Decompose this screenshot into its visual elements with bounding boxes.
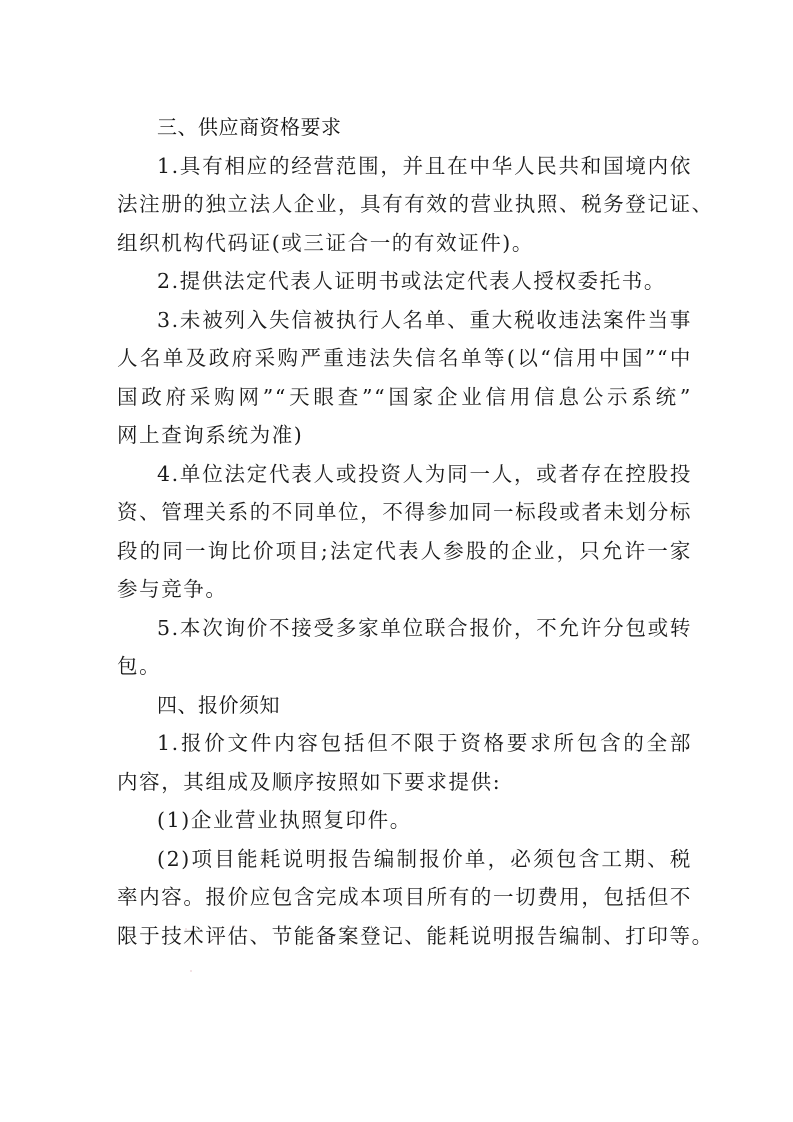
- paragraph-line: 资、管理关系的不同单位，不得参加同一标段或者未划分标: [117, 493, 692, 532]
- quotation-item-1: 1.报价文件内容包括但不限于资格要求所包含的全部 内容，其组成及顺序按照如下要求…: [117, 724, 692, 801]
- paragraph-line: 1.报价文件内容包括但不限于资格要求所包含的全部: [117, 724, 692, 763]
- scan-speck: [297, 944, 299, 946]
- paragraph-line: (1)企业营业执照复印件。: [117, 801, 692, 840]
- requirement-5: 5.本次询价不接受多家单位联合报价，不允许分包或转 包。: [117, 609, 692, 686]
- paragraph-line: 限于技术评估、节能备案登记、能耗说明报告编制、打印等。: [117, 917, 692, 956]
- scan-speck: [233, 925, 235, 927]
- document-page: 三、供应商资格要求 1.具有相应的经营范围，并且在中华人民共和国境内依 法注册的…: [117, 108, 692, 955]
- paragraph-line: 率内容。报价应包含完成本项目所有的一切费用，包括但不: [117, 878, 692, 917]
- paragraph-line: 人名单及政府采购严重违法失信名单等(以“信用中国”“中: [117, 339, 692, 378]
- paragraph-line: 2.提供法定代表人证明书或法定代表人授权委托书。: [117, 262, 692, 301]
- quotation-subitem-2: (2)项目能耗说明报告编制报价单，必须包含工期、税 率内容。报价应包含完成本项目…: [117, 840, 692, 956]
- paragraph-line: 包。: [117, 647, 692, 686]
- quotation-subitem-1: (1)企业营业执照复印件。: [117, 801, 692, 840]
- requirement-1: 1.具有相应的经营范围，并且在中华人民共和国境内依 法注册的独立法人企业，具有有…: [117, 147, 692, 263]
- section-heading-supplier-qualifications: 三、供应商资格要求: [117, 108, 692, 147]
- paragraph-line: 3.未被列入失信被执行人名单、重大税收违法案件当事: [117, 301, 692, 340]
- paragraph-line: 内容，其组成及顺序按照如下要求提供:: [117, 763, 692, 802]
- paragraph-line: 1.具有相应的经营范围，并且在中华人民共和国境内依: [117, 147, 692, 186]
- paragraph-line: 组织机构代码证(或三证合一的有效证件)。: [117, 224, 692, 263]
- requirement-4: 4.单位法定代表人或投资人为同一人，或者存在控股投 资、管理关系的不同单位，不得…: [117, 455, 692, 609]
- paragraph-line: 参与竞争。: [117, 570, 692, 609]
- scan-speck: [210, 940, 212, 942]
- paragraph-line: 5.本次询价不接受多家单位联合报价，不允许分包或转: [117, 609, 692, 648]
- paragraph-line: (2)项目能耗说明报告编制报价单，必须包含工期、税: [117, 840, 692, 879]
- paragraph-line: 段的同一询比价项目;法定代表人参股的企业，只允许一家: [117, 532, 692, 571]
- paragraph-line: 4.单位法定代表人或投资人为同一人，或者存在控股投: [117, 455, 692, 494]
- scan-speck: [185, 928, 187, 930]
- scan-speck: [190, 970, 192, 972]
- paragraph-line: 国政府采购网”“天眼查”“国家企业信用信息公示系统”: [117, 378, 692, 417]
- requirement-2: 2.提供法定代表人证明书或法定代表人授权委托书。: [117, 262, 692, 301]
- section-heading-quotation-notice: 四、报价须知: [117, 686, 692, 725]
- paragraph-line: 网上查询系统为准): [117, 416, 692, 455]
- requirement-3: 3.未被列入失信被执行人名单、重大税收违法案件当事 人名单及政府采购严重违法失信…: [117, 301, 692, 455]
- paragraph-line: 法注册的独立法人企业，具有有效的营业执照、税务登记证、: [117, 185, 692, 224]
